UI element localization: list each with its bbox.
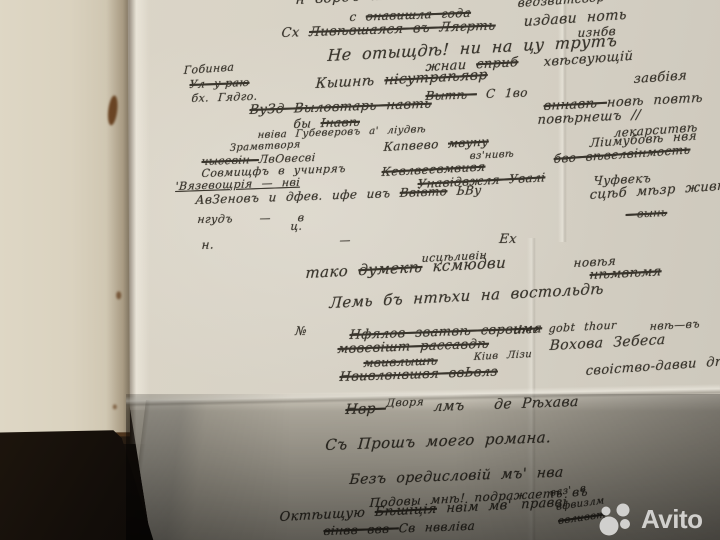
handwriting-line: —вынь [625,206,667,221]
handwriting-line: Вохова Зебеса [549,332,666,354]
struck-handwriting-segment: Нвивлвнвшвя [339,366,449,385]
handwriting-segment: бх. Гядго. [191,90,258,105]
handwriting-segment: н. [201,237,214,252]
handwriting-segment: — [339,234,351,247]
handwriting-line: Кіив Лізи [473,349,532,363]
struck-handwriting-segment: мвуну [448,134,489,150]
handwriting-line: вінвв ввв Св нввліва [323,519,476,538]
handwriting-segment: нвѣ—въ [649,317,700,333]
handwriting-line: № [295,324,308,338]
avito-wordmark: Avito [641,506,703,532]
struck-handwriting-segment: Нвр [345,401,386,418]
handwriting-segment: ц. [290,220,303,233]
handwriting-segment: Сх [281,25,310,41]
handwriting-segment: Ех [498,232,517,247]
handwriting-line: Ех [498,232,517,247]
handwriting-segment: Дворя [386,395,425,409]
handwriting-line: своіство-давви дѣвів [585,353,720,379]
handwriting-line: Лемь бъ нтѣхи на востольдѣ [329,280,604,312]
struck-handwriting-segment: Вытѣ [425,87,477,103]
handwriting-line: Ул у-раю [189,76,250,91]
handwriting-segment: Гобинва [184,60,235,77]
handwriting-segment: Капвево [383,137,448,154]
handwriting-segment: Кіив Лізи [473,349,532,363]
handwriting-layer: н вореъ ша в кв. ваведзвитсвориздави нот… [0,0,720,540]
handwriting-segment: ЬВу [447,183,482,198]
handwriting-segment: н вореъ ша в кв. ва [295,0,519,8]
struck-handwriting-segment: нісутраѣявр [384,67,488,88]
struck-handwriting-segment: Ул у-раю [189,76,250,91]
handwriting-line: н вореъ ша в кв. ва [295,0,519,8]
avito-logo-icon [596,501,638,537]
handwriting-line: Безъ оредисловій мъ' нва [349,465,564,489]
handwriting-line: тако думекѣ ксмюдви [305,253,507,282]
handwriting-segment: нгудъ — в [197,211,305,226]
handwriting-segment: лмъ де Рѣхава [423,394,579,415]
handwriting-line: нвѣ—въ [649,317,700,333]
handwriting-segment: завбівя [633,68,687,87]
handwriting-segment: С 1во [476,85,528,101]
struck-handwriting-segment: вінвв ввв [323,521,399,538]
handwriting-segment: Съ Прошъ моего романа. [325,428,552,454]
struck-handwriting-segment: Бѣшіція [374,502,437,520]
handwriting-line: Гобинва [184,60,235,77]
handwriting-line: н. [201,237,214,252]
handwriting-segment: № [295,324,308,338]
handwriting-line: — [339,234,351,247]
handwriting-line: Сх Ливѣвшаяся въ Лягрть [281,19,496,42]
handwriting-line: завбівя [633,68,687,87]
struck-handwriting-segment: —вынь [625,206,667,221]
avito-watermark: Avito [596,501,703,537]
struck-handwriting-segment: думекѣ [358,258,423,279]
struck-handwriting-segment: Ввівто [399,184,448,200]
handwriting-line: Вытѣ С 1во [425,85,528,103]
handwriting-line: ц. [290,220,303,233]
handwriting-line: Съ Прошъ моего романа. [325,428,552,454]
handwriting-segment: Кышнѣ [315,72,385,92]
handwriting-line: бх. Гядго. [191,90,258,105]
handwriting-segment: с [349,9,366,24]
handwriting-segment: Св нввліва [398,519,475,536]
struck-handwriting-segment: ввЬвлз [448,364,498,381]
handwriting-segment: ксмюдви [422,253,507,275]
handwriting-segment: тако [305,261,359,282]
struck-handwriting-segment: Ливѣвшаяся въ Лягрть [309,19,497,41]
handwriting-line: нгудъ — в [197,211,305,226]
handwriting-segment: Вохова Зебеса [549,332,666,354]
handwriting-segment: своіство-давви дѣвів [585,353,720,379]
handwriting-line: Нвр Дворя лмъ де Рѣхава [345,394,580,418]
handwriting-segment: Лемь бъ нтѣхи на востольдѣ [329,280,604,312]
handwriting-segment: Безъ оредисловій мъ' нва [349,465,564,489]
manuscript-photo: н вореъ ша в кв. ваведзвитсвориздави нот… [0,0,720,540]
